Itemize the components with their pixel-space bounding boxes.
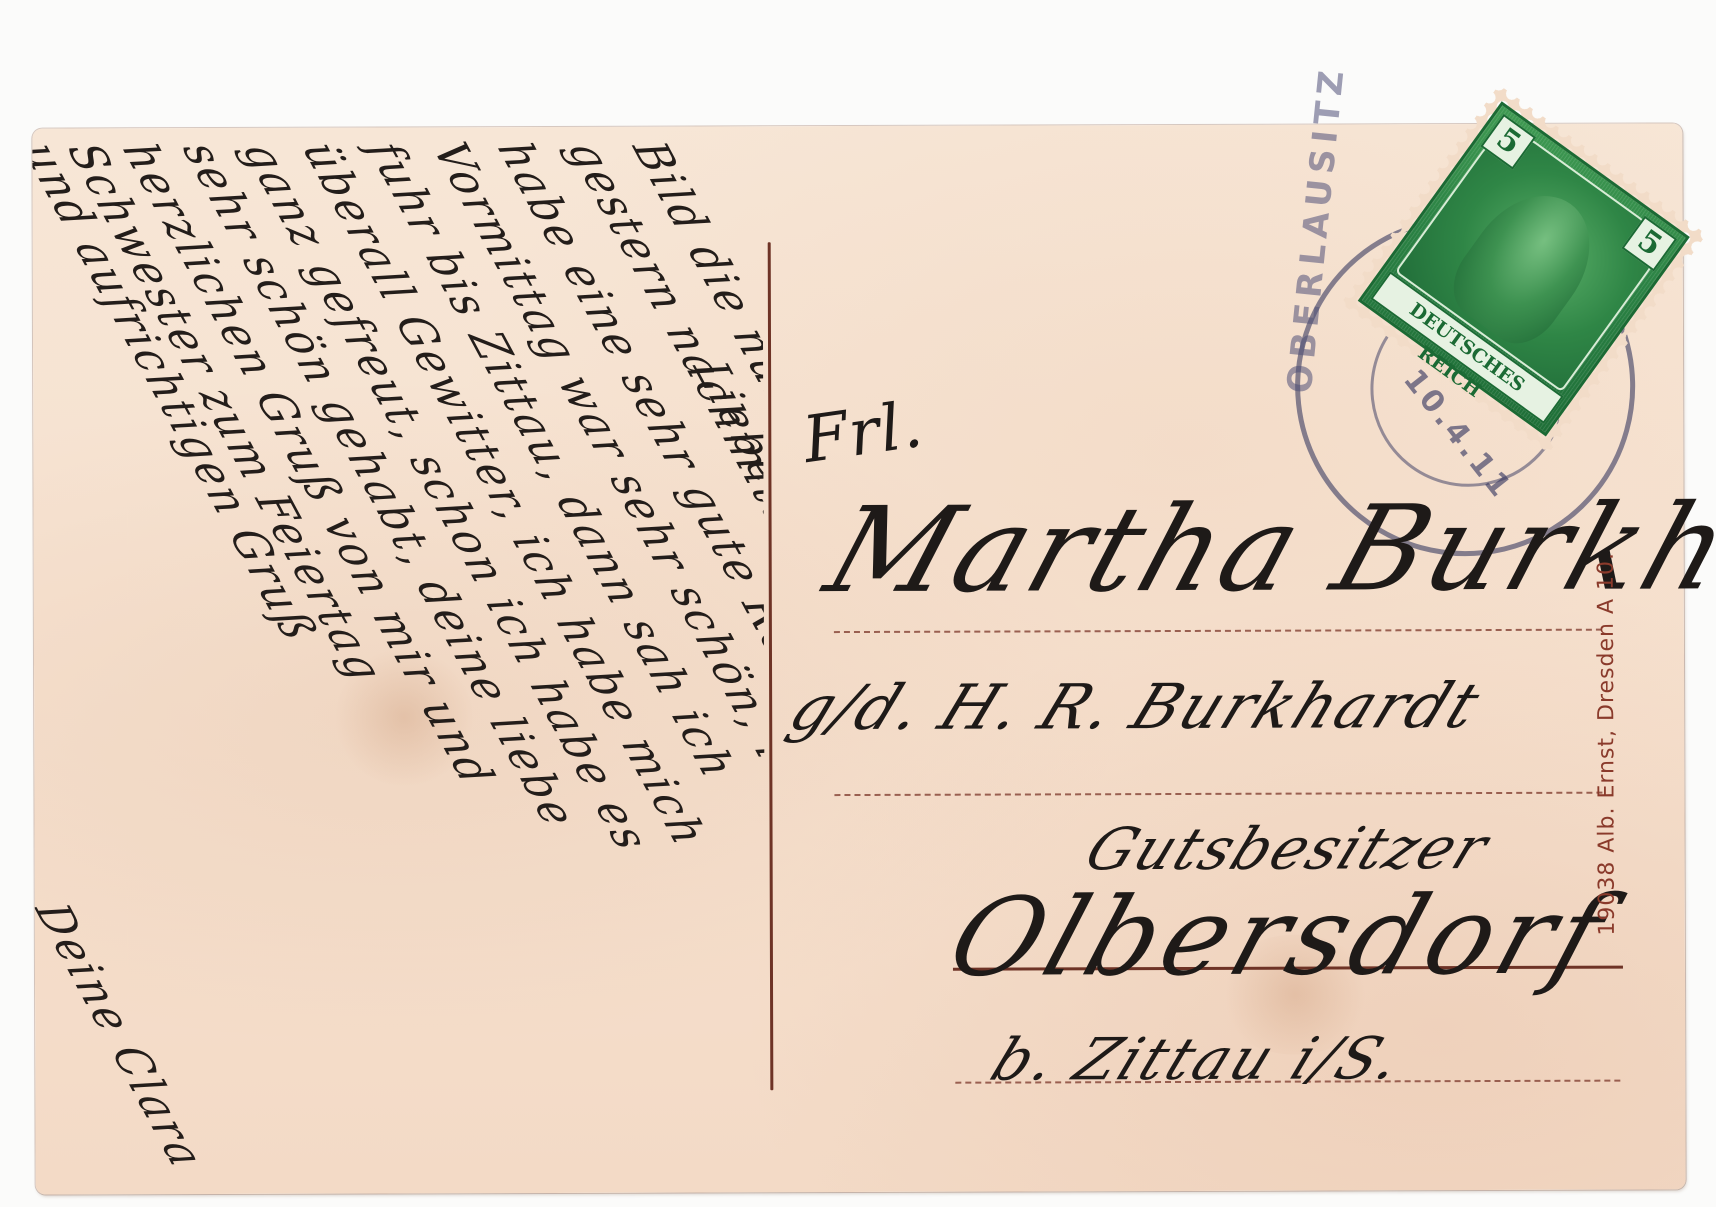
address-rule xyxy=(834,629,1602,633)
recipient-name: Martha Burkhardt xyxy=(811,477,1716,619)
address-care-of: g/d. H. R. Burkhardt xyxy=(780,669,1492,744)
address-rule xyxy=(834,792,1602,796)
message-area: Liebe Martha! Bild die nun endlich wo ic… xyxy=(32,126,765,1194)
postmark-town: OBERLAUSITZ xyxy=(1280,63,1353,395)
message-signature: Deine Clara xyxy=(32,898,215,1173)
publisher-imprint: 19038 Alb. Ernst, Dresden A 10. xyxy=(1594,552,1620,936)
address-district: b. Zittau i/S. xyxy=(982,1024,1415,1093)
postcard: Liebe Martha! Bild die nun endlich wo ic… xyxy=(32,123,1685,1194)
divider-line xyxy=(768,242,774,1090)
address-town: Olbersdorf xyxy=(935,874,1624,1001)
address-title: Frl. xyxy=(799,388,928,478)
address-occupation: Gutsbesitzer xyxy=(1076,814,1500,883)
